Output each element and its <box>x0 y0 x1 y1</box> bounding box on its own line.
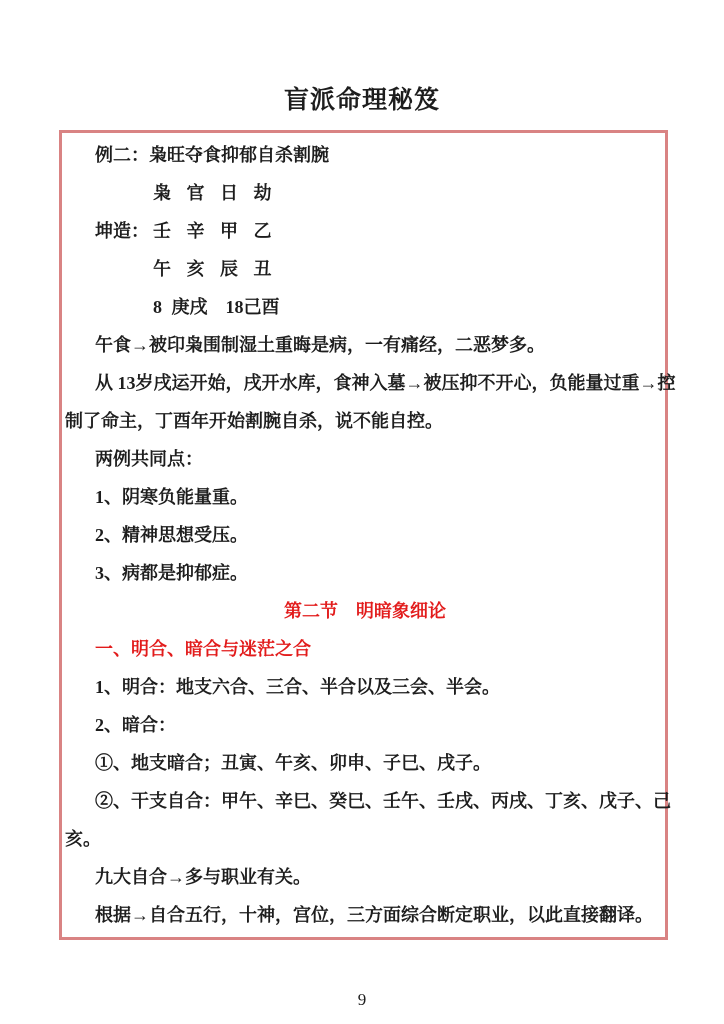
content-box: 例二：枭旺夺食抑郁自杀割腕 枭 官 日 劫 坤造：壬 辛 甲 乙 午 亥 辰 丑… <box>59 130 668 940</box>
item-dizhi-anhe: ①、地支暗合；丑寅、午亥、卯申、子巳、戌子。 <box>65 744 665 782</box>
analysis-line-2b: 制了命主，丁酉年开始割腕自杀，说不能自控。 <box>65 402 665 440</box>
branches-row: 午 亥 辰 丑 <box>65 250 665 288</box>
item-ganzhi-zihe-line2: 亥。 <box>65 820 665 858</box>
page-title: 盲派命理秘笈 <box>0 0 724 117</box>
summary-point-2: 2、精神思想受压。 <box>65 516 665 554</box>
item-minghe: 1、明合：地支六合、三合、半合以及三会、半会。 <box>65 668 665 706</box>
summary-point-1: 1、阴寒负能量重。 <box>65 478 665 516</box>
page-number: 9 <box>0 986 724 1014</box>
summary-point-3: 3、病都是抑郁症。 <box>65 554 665 592</box>
note-career-method: 根据→自合五行，十神，宫位，三方面综合断定职业，以此直接翻译。 <box>65 896 665 934</box>
summary-heading: 两例共同点： <box>65 440 665 478</box>
example-heading: 例二：枭旺夺食抑郁自杀割腕 <box>65 136 665 174</box>
luck-pillars-row: 8 庚戌 18己酉 <box>65 288 665 326</box>
gender-label: 坤造： <box>95 212 153 250</box>
document-page: 盲派命理秘笈 例二：枭旺夺食抑郁自杀割腕 枭 官 日 劫 坤造：壬 辛 甲 乙 … <box>0 0 724 1024</box>
section-heading: 第二节 明暗象细论 <box>65 592 665 630</box>
item-anhe: 2、暗合： <box>65 706 665 744</box>
item-ganzhi-zihe-line1: ②、干支自合：甲午、辛巳、癸巳、壬午、壬戌、丙戌、丁亥、戊子、己 <box>65 782 665 820</box>
section-subheading: 一、明合、暗合与迷茫之合 <box>65 630 665 668</box>
ten-gods-row: 枭 官 日 劫 <box>65 174 665 212</box>
analysis-line-2a: 从 13岁戌运开始，戌开水库，食神入墓→被压抑不开心，负能量过重→控 <box>65 364 665 402</box>
analysis-line-1: 午食→被印枭围制湿土重晦是病，一有痛经，二恶梦多。 <box>65 326 665 364</box>
stems-row: 坤造：壬 辛 甲 乙 <box>65 212 665 250</box>
note-zihe-career: 九大自合→多与职业有关。 <box>65 858 665 896</box>
heavenly-stems: 壬 辛 甲 乙 <box>153 221 272 241</box>
